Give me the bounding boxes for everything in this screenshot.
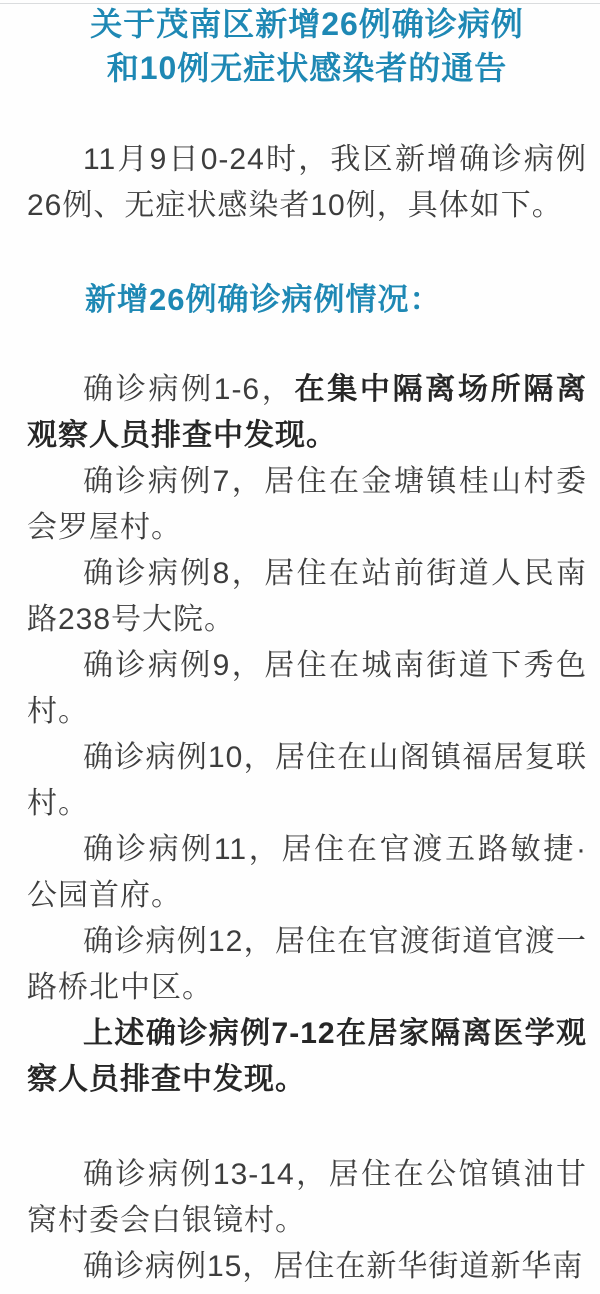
section-heading: 新增26例确诊病例情况： (27, 277, 587, 323)
case-paragraph-12: 确诊病例12，居住在官渡街道官渡一路桥北中区。 (27, 919, 587, 1011)
case-paragraph-11: 确诊病例11，居住在官渡五路敏捷·公园首府。 (27, 827, 587, 919)
title-line-2: 和10例无症状感染者的通告 (27, 46, 587, 90)
article-title: 关于茂南区新增26例确诊病例 和10例无症状感染者的通告 (27, 2, 587, 90)
case-paragraph-9: 确诊病例9，居住在城南街道下秀色村。 (27, 643, 587, 735)
title-line-1: 关于茂南区新增26例确诊病例 (27, 2, 587, 46)
case-paragraph-7: 确诊病例7，居住在金塘镇桂山村委会罗屋村。 (27, 459, 587, 551)
summary-paragraph-7-12: 上述确诊病例7-12在居家隔离医学观察人员排查中发现。 (27, 1011, 587, 1103)
case-1-6-lead: 确诊病例1-6， (83, 373, 295, 406)
case-paragraph-1-6: 确诊病例1-6，在集中隔离场所隔离观察人员排查中发现。 (27, 367, 587, 459)
case-paragraph-10: 确诊病例10，居住在山阁镇福居复联村。 (27, 735, 587, 827)
top-divider (0, 3, 600, 4)
notice-article-page: 关于茂南区新增26例确诊病例 和10例无症状感染者的通告 11月9日0-24时，… (0, 0, 600, 1294)
case-paragraph-13-14: 确诊病例13-14，居住在公馆镇油甘窝村委会白银镜村。 (27, 1152, 587, 1244)
article-content: 关于茂南区新增26例确诊病例 和10例无症状感染者的通告 11月9日0-24时，… (0, 0, 600, 1290)
case-paragraph-8: 确诊病例8，居住在站前街道人民南路238号大院。 (27, 551, 587, 643)
case-paragraph-15: 确诊病例15，居住在新华街道新华南 (27, 1244, 587, 1290)
intro-paragraph: 11月9日0-24时，我区新增确诊病例26例、无症状感染者10例，具体如下。 (27, 137, 587, 229)
